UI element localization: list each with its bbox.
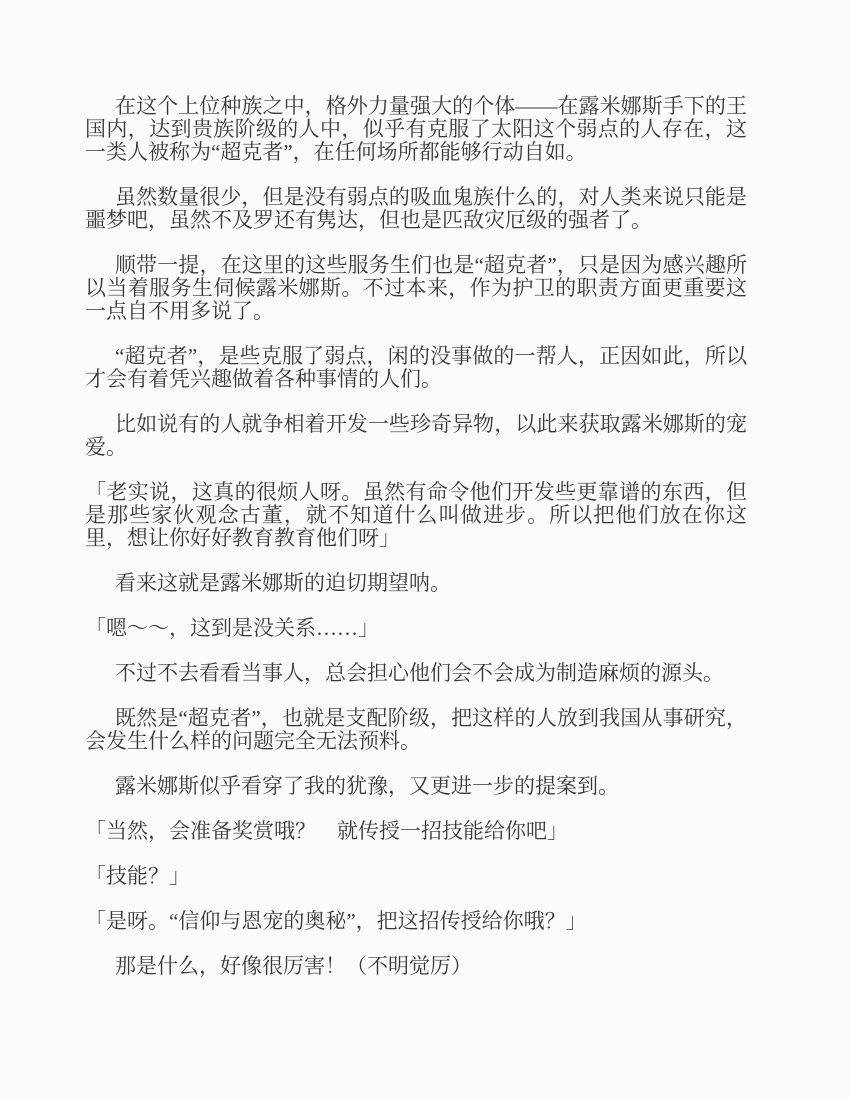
paragraph: 比如说有的人就争相着开发一些珍奇异物，以此来获取露米娜斯的宠爱。	[85, 413, 747, 459]
paragraph: “超克者”，是些克服了弱点，闲的没事做的一帮人，正因如此，所以才会有着凭兴趣做着…	[85, 345, 747, 391]
paragraph: 露米娜斯似乎看穿了我的犹豫，又更进一步的提案到。	[85, 775, 747, 798]
reader-page: 在这个上位种族之中，格外力量强大的个体——在露米娜斯手下的王国内，达到贵族阶级的…	[0, 0, 850, 1100]
paragraph: 虽然数量很少，但是没有弱点的吸血鬼族什么的，对人类来说只能是噩梦吧，虽然不及罗还…	[85, 186, 747, 232]
paragraph: 「老实说，这真的很烦人呀。虽然有命令他们开发些更靠谱的东西，但是那些家伙观念古董…	[85, 481, 747, 550]
paragraph: 在这个上位种族之中，格外力量强大的个体——在露米娜斯手下的王国内，达到贵族阶级的…	[85, 95, 747, 164]
paragraph: 看来这就是露米娜斯的迫切期望呐。	[85, 572, 747, 595]
paragraph: 「当然，会准备奖赏哦？ 就传授一招技能给你吧」	[85, 820, 747, 843]
paragraph: 既然是“超克者”，也就是支配阶级，把这样的人放到我国从事研究，会发生什么样的问题…	[85, 707, 747, 753]
paragraph: 那是什么，好像很厉害！（不明觉厉）	[85, 955, 747, 978]
paragraph: 顺带一提，在这里的这些服务生们也是“超克者”，只是因为感兴趣所以当着服务生伺候露…	[85, 254, 747, 323]
paragraph: 「技能？」	[85, 865, 747, 888]
paragraph: 「嗯～～，这到是没关系……」	[85, 617, 747, 640]
text-column: 在这个上位种族之中，格外力量强大的个体——在露米娜斯手下的王国内，达到贵族阶级的…	[85, 95, 747, 978]
paragraph: 「是呀。“信仰与恩宠的奥秘”，把这招传授给你哦？」	[85, 910, 747, 933]
paragraph: 不过不去看看当事人，总会担心他们会不会成为制造麻烦的源头。	[85, 662, 747, 685]
